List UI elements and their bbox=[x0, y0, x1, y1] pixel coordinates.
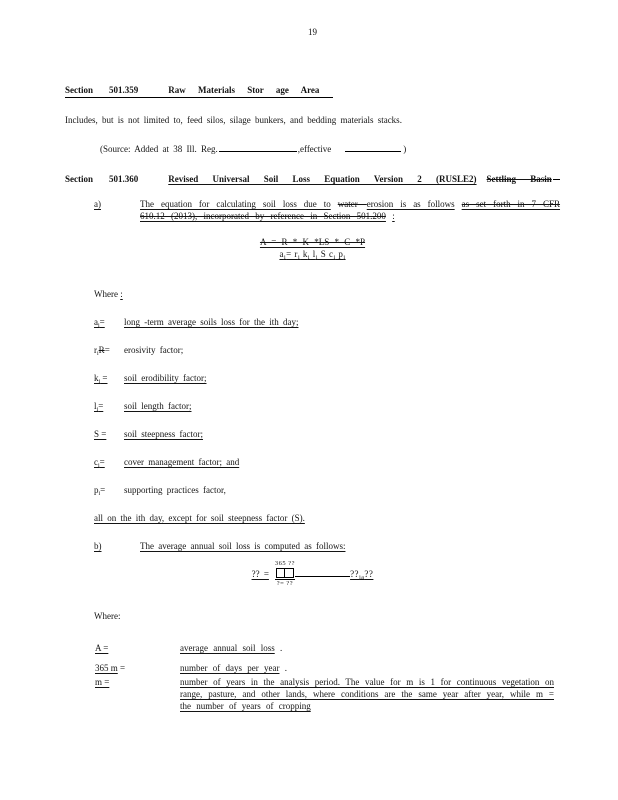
def-term: m = bbox=[95, 676, 180, 712]
formula-underline-gap bbox=[295, 566, 350, 577]
where-intro-2: Where: bbox=[94, 610, 560, 622]
formula-upper-limit: 365 ?? bbox=[275, 560, 295, 568]
section-label: Section bbox=[65, 173, 93, 185]
bottom-definition-row-365m: 365 m = number of days per year . bbox=[95, 662, 560, 674]
deleted-text: water— bbox=[338, 199, 367, 209]
def-term: ki = bbox=[94, 372, 124, 384]
bottom-definition-row-m: m = number of years in the analysis peri… bbox=[95, 676, 560, 712]
def-term: pi= bbox=[94, 484, 124, 496]
definition-row-p: pi= supporting practices factor, bbox=[94, 484, 560, 496]
section-360-heading: Section 501.360 Revised Universal Soil L… bbox=[65, 173, 560, 185]
formula-rhs: ??ia?? bbox=[350, 568, 373, 580]
item-b-label: b) bbox=[94, 540, 140, 552]
def-text: soil length factor; bbox=[124, 400, 191, 412]
def-term: ci= bbox=[94, 456, 124, 468]
source-effective-label: ,effective bbox=[298, 144, 332, 154]
blank-line-register bbox=[219, 143, 297, 152]
missing-glyph-box bbox=[285, 568, 294, 578]
inserted-text: The equation for calculating soil loss d… bbox=[140, 199, 331, 209]
item-a: a) The equation for calculating soil los… bbox=[94, 198, 560, 222]
all-on-ith-day-line: all on the ith day, except for soil stee… bbox=[94, 512, 560, 524]
missing-glyph-boxes bbox=[275, 568, 295, 580]
where-intro-1: Where : bbox=[94, 288, 560, 300]
definition-row-r: riR= erosivity factor; bbox=[94, 344, 560, 356]
item-b: b) The average annual soil loss is compu… bbox=[94, 540, 560, 552]
raw-materials-paragraph: Includes, but is not limited to, feed si… bbox=[65, 114, 560, 126]
def-text: supporting practices factor, bbox=[124, 484, 226, 496]
source-note: (Source: Added at 38 Ill. Reg.,effective… bbox=[100, 143, 560, 155]
def-term: li= bbox=[94, 400, 124, 412]
def-term: S = bbox=[94, 428, 124, 440]
definition-row-s: S = soil steepness factor; bbox=[94, 428, 560, 440]
strikeout-rule bbox=[553, 179, 560, 180]
definition-row-c: ci= cover management factor; and bbox=[94, 456, 560, 468]
inserted-text: erosion is as follows bbox=[367, 199, 455, 209]
item-a-text: The equation for calculating soil loss d… bbox=[140, 198, 560, 222]
definition-row-l: li= soil length factor; bbox=[94, 400, 560, 412]
missing-glyph-box bbox=[276, 568, 285, 578]
def-text: number of years in the analysis period. … bbox=[180, 676, 554, 712]
item-a-label: a) bbox=[94, 198, 140, 222]
formula-lower-limit: ?= ?? bbox=[277, 580, 293, 588]
def-text: soil erodibility factor; bbox=[124, 372, 206, 384]
equation-old: A = R * K *LS * C *P bbox=[260, 237, 365, 247]
deleted-title-text: Settling Basin bbox=[487, 173, 552, 185]
soil-loss-summation-formula: ?? = 365 ?? ?= ?? ??ia?? bbox=[65, 560, 560, 588]
definition-row-k: ki = soil erodibility factor; bbox=[94, 372, 560, 384]
summation-stack: 365 ?? ?= ?? bbox=[275, 560, 295, 588]
section-359-heading: Section501.359Raw Materials Stor age Are… bbox=[65, 84, 560, 98]
blank-line-date bbox=[345, 143, 401, 152]
item-b-text: The average annual soil loss is computed… bbox=[140, 540, 345, 552]
where-colon: : bbox=[120, 289, 123, 299]
def-text: soil steepness factor; bbox=[124, 428, 203, 440]
def-text: erosivity factor; bbox=[124, 344, 183, 356]
def-text: average annual soil loss . bbox=[180, 642, 554, 654]
inserted-colon: : bbox=[392, 211, 395, 221]
bottom-definition-row-A: A = average annual soil loss . bbox=[95, 642, 560, 654]
def-term: riR= bbox=[94, 344, 124, 356]
inserted-title-text: Revised Universal Soil Loss Equation Ver… bbox=[168, 173, 476, 185]
def-text: cover management factor; and bbox=[124, 456, 239, 468]
page-number: 19 bbox=[65, 26, 560, 38]
section-label: Section bbox=[65, 85, 93, 95]
def-text: number of days per year . bbox=[180, 662, 554, 674]
where-word: Where bbox=[94, 289, 118, 299]
equation-new: ai= ri ki li S ci pi bbox=[279, 249, 345, 259]
section-number: 501.359 bbox=[109, 85, 138, 95]
section-title: Raw Materials Stor age Area bbox=[168, 85, 319, 95]
def-text: long -term average soils loss for the it… bbox=[124, 316, 298, 328]
def-term: 365 m = bbox=[95, 662, 180, 674]
section-number: 501.360 bbox=[109, 173, 138, 185]
formula-lhs: ?? = bbox=[252, 568, 269, 580]
equation-block: A = R * K *LS * C *P ai= ri ki li S ci p… bbox=[65, 236, 560, 260]
definition-row-a: ai= long -term average soils loss for th… bbox=[94, 316, 560, 328]
source-prefix: (Source: Added at 38 Ill. Reg. bbox=[100, 144, 218, 154]
def-term: A = bbox=[95, 642, 180, 654]
source-close-paren: ) bbox=[403, 144, 406, 154]
def-term: ai= bbox=[94, 316, 124, 328]
